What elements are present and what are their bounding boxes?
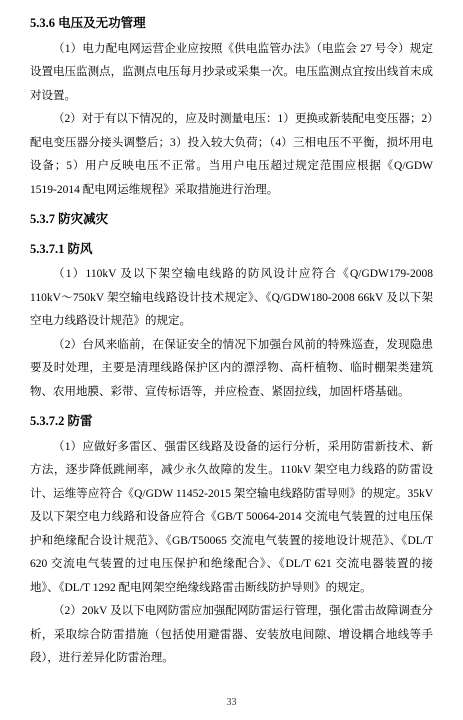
paragraph-lightning-operation-management: （2）20kV 及以下电网防雷应加强配网防雷运行管理，强化雷击故障调查分析，采取… xyxy=(30,600,433,671)
section-heading-lightning-protection: 5.3.7.2 防雷 xyxy=(30,410,433,434)
document-page: 5.3.6 电压及无功管理 （1）电力配电网运营企业应按照《供电监管办法》（电监… xyxy=(0,0,463,720)
section-heading-voltage-reactive-management: 5.3.6 电压及无功管理 xyxy=(30,12,433,36)
paragraph-voltage-monitoring: （1）电力配电网运营企业应按照《供电监管办法》（电监会 27 号令）规定设置电压… xyxy=(30,38,433,109)
section-heading-disaster-prevention: 5.3.7 防灾减灾 xyxy=(30,208,433,232)
paragraph-lightning-design-standards: （1）应做好多雷区、强雷区线路及设备的运行分析，采用防雷新技术、新方法，逐步降低… xyxy=(30,436,433,601)
paragraph-typhoon-inspection: （2）台风来临前，在保证安全的情况下加强台风前的特殊巡查，发现隐患要及时处理，主… xyxy=(30,334,433,405)
page-number: 33 xyxy=(0,697,463,708)
paragraph-wind-design-standards: （1）110kV 及以下架空输电线路的防风设计应符合《Q/GDW179-2008… xyxy=(30,263,433,334)
paragraph-voltage-measurement-cases: （2）对于有以下情况的，应及时测量电压：1）更换或新装配电变压器；2）配电变压器… xyxy=(30,108,433,202)
section-heading-wind-prevention: 5.3.7.1 防风 xyxy=(30,238,433,262)
